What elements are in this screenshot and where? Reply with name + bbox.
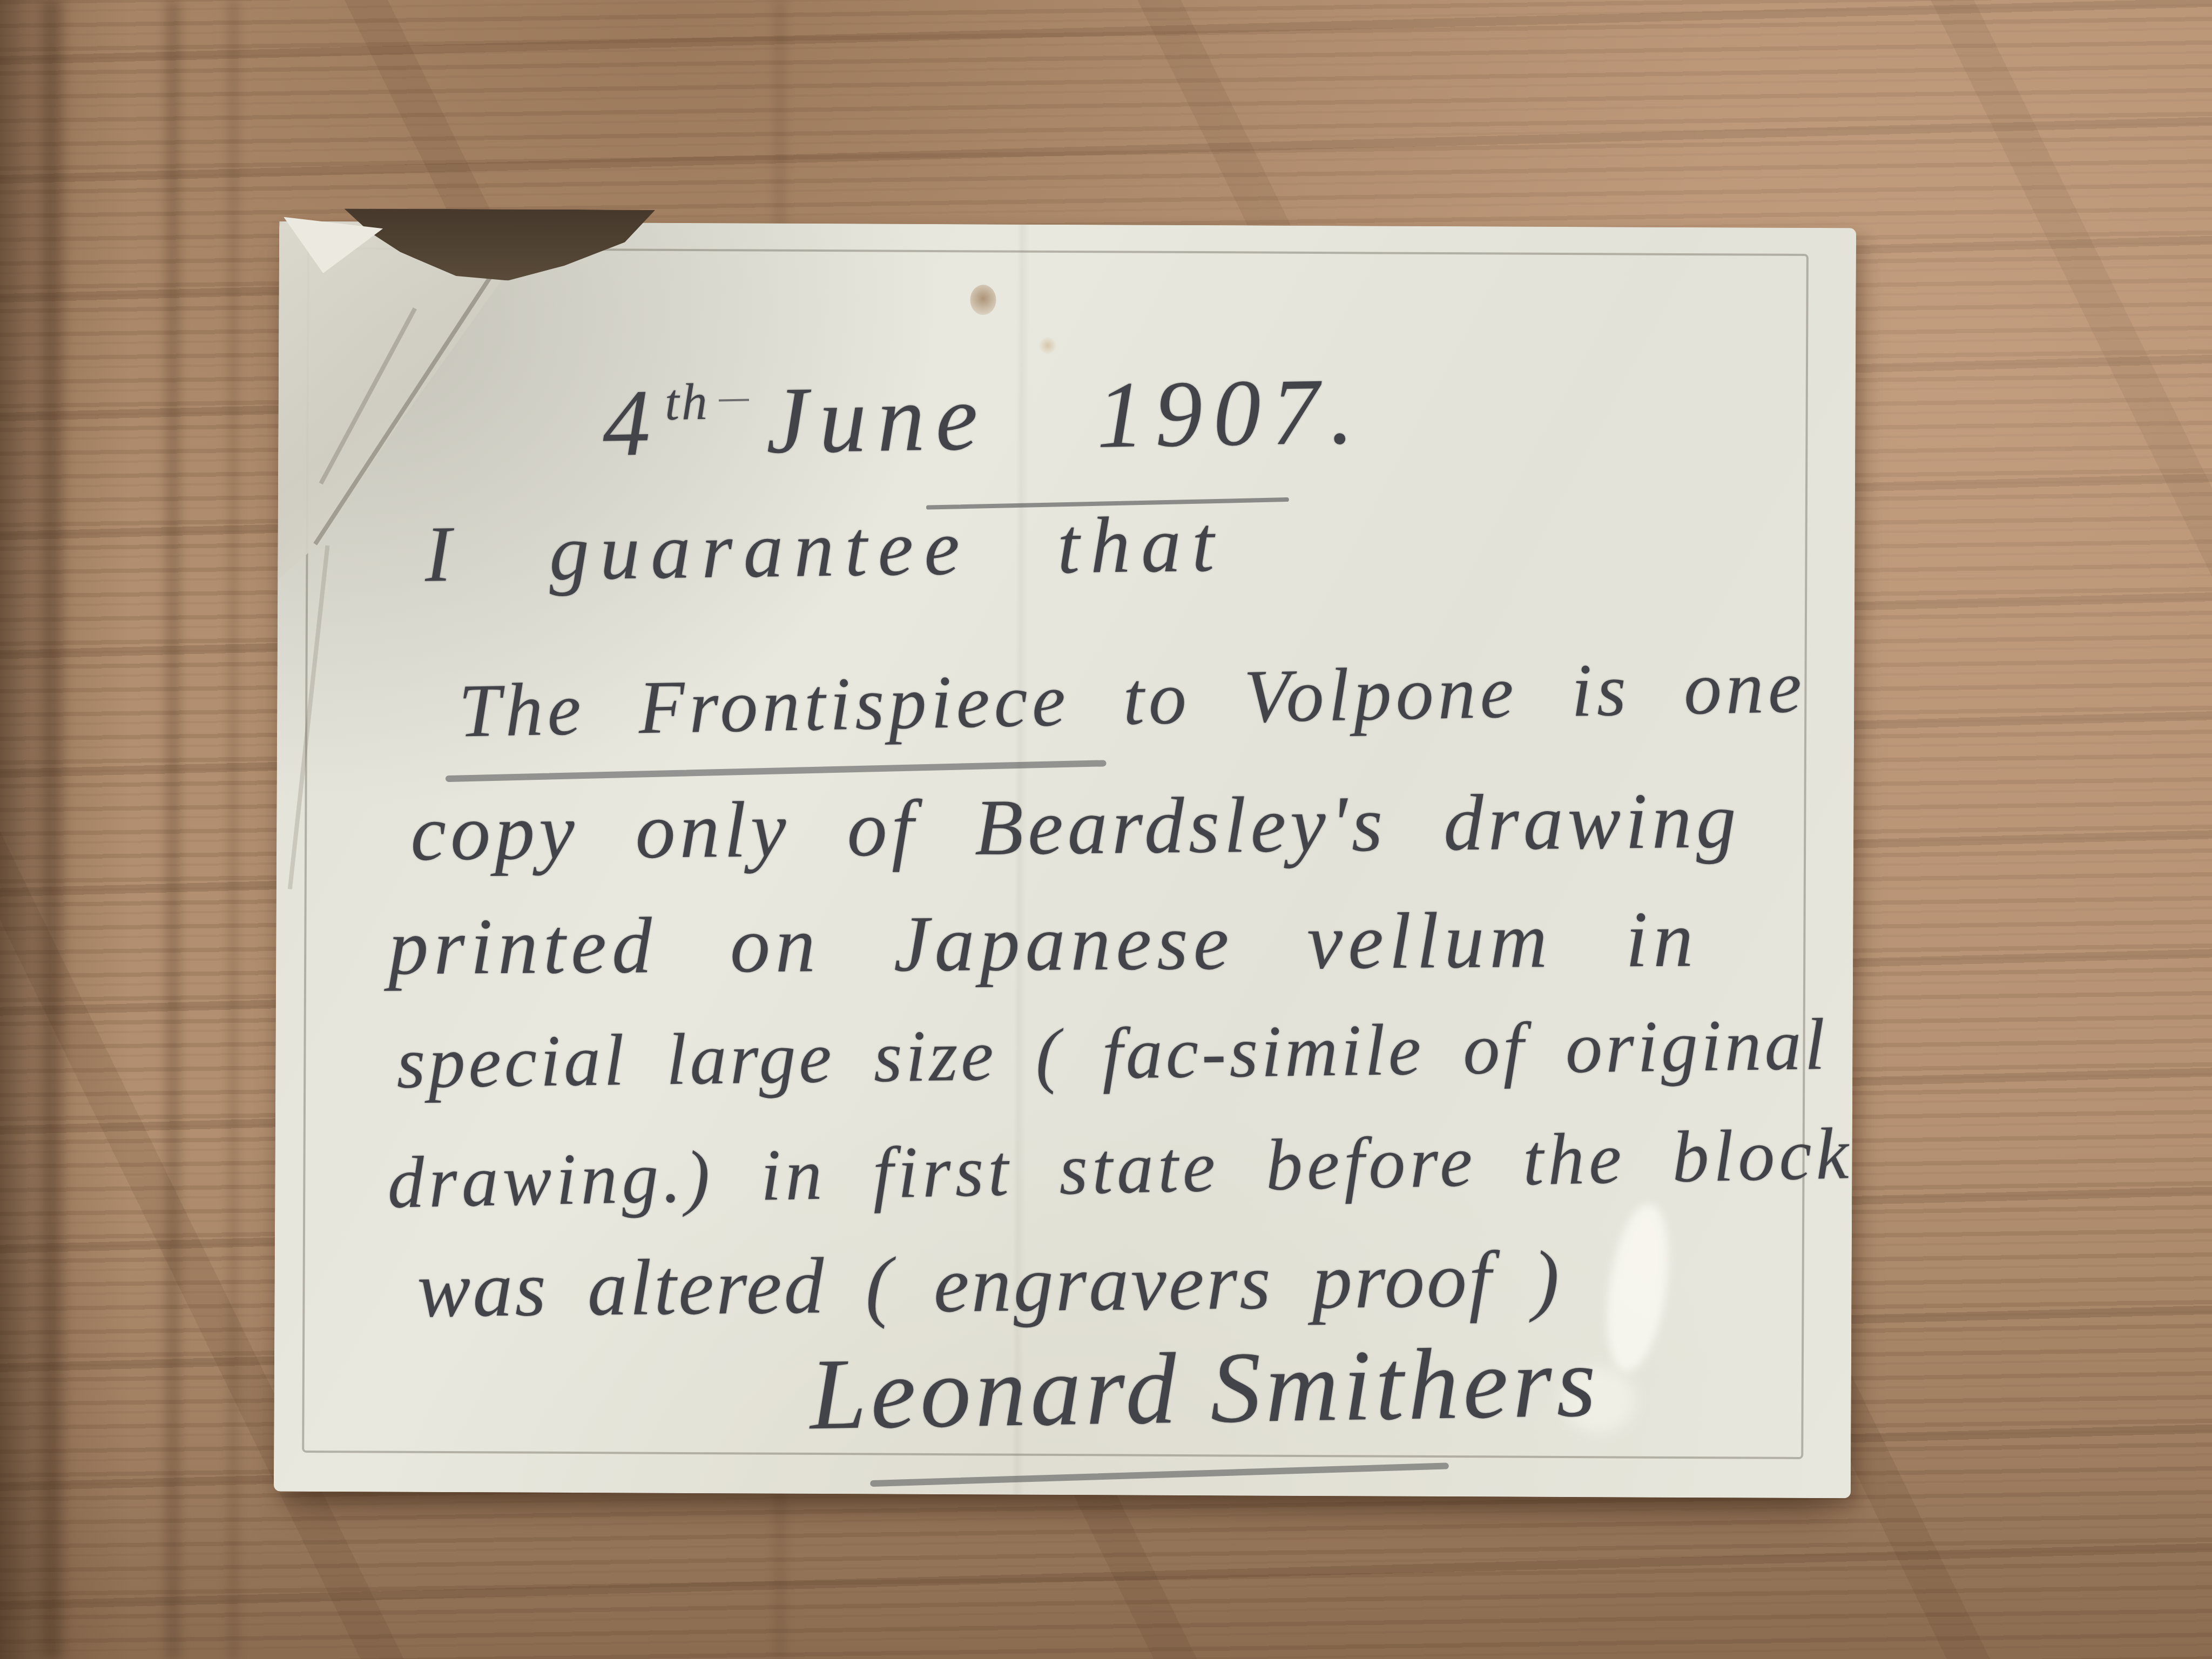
date-ordinal-suffix: th — [664, 376, 748, 434]
wood-grain-streak — [225, 0, 242, 1659]
wood-grain-streak — [160, 0, 186, 1659]
signature-flourish — [870, 1462, 1449, 1487]
note-paper: 4thJune 1907. I guarantee that The Front… — [274, 221, 1856, 1499]
stain-spot — [1039, 337, 1056, 354]
handwriting-line-was-altered: was altered ( engravers proof ) — [417, 1234, 1562, 1338]
date-line: 4thJune 1907. — [602, 356, 1365, 479]
date-day: 4 — [602, 370, 662, 477]
signature: Leonard Smithers — [809, 1325, 1601, 1454]
stain-spot — [970, 285, 996, 315]
handwriting-line-copy-only: copy only of Beardsley's drawing — [410, 775, 1741, 881]
date-month-year: June 1907. — [765, 359, 1365, 474]
handwriting-line-guarantee: I guarantee that — [424, 499, 1225, 602]
wood-grain-streak — [35, 0, 69, 1659]
photo-stage: 4thJune 1907. I guarantee that The Front… — [0, 0, 2212, 1659]
photo-of-handwritten-note: 4thJune 1907. I guarantee that The Front… — [0, 0, 2212, 1659]
handwriting-line-printed-vellum: printed on Japanese vellum in — [388, 894, 1699, 995]
